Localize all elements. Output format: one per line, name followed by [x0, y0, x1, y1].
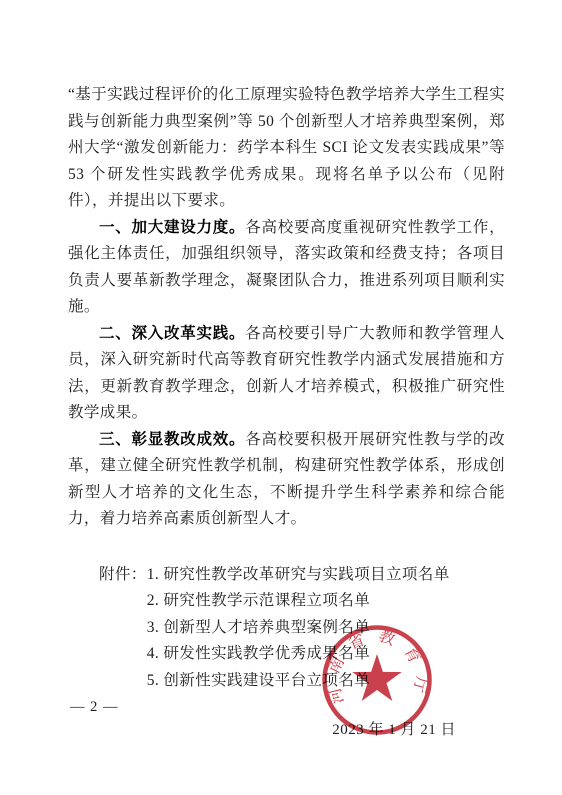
paragraph-lead: 一、加大建设力度。	[99, 219, 245, 236]
page-number: — 2 —	[70, 699, 119, 716]
document-page: “基于实践过程评价的化工原理实验特色教学培养大学生工程实践与创新能力典型案例”等…	[0, 0, 562, 795]
paragraph: 三、彰显教改成效。各高校要积极开展研究性教与学的改革，建立健全研究性教学机制，构…	[68, 427, 505, 533]
attachments-block: 附件： 1. 研究性教学改革研究与实践项目立项名单 2. 研究性教学示范课程立项…	[68, 562, 505, 695]
paragraph-lead: 三、彰显教改成效。	[99, 431, 245, 448]
document-date: 2023 年 1 月 21 日	[68, 718, 505, 739]
attachment-item: 3. 创新型人才培养典型案例名单	[147, 615, 450, 642]
paragraph-text: “基于实践过程评价的化工原理实验特色教学培养大学生工程实践与创新能力典型案例”等…	[68, 86, 505, 209]
attachments-label: 附件：	[99, 562, 147, 695]
attachment-item: 2. 研究性教学示范课程立项名单	[147, 588, 450, 615]
paragraph: 一、加大建设力度。各高校要高度重视研究性教学工作，强化主体责任，加强组织领导，落…	[68, 215, 505, 321]
attachments-list: 1. 研究性教学改革研究与实践项目立项名单 2. 研究性教学示范课程立项名单 3…	[147, 562, 450, 695]
paragraph: 二、深入改革实践。各高校要引导广大教师和教学管理人员，深入研究新时代高等教育研究…	[68, 321, 505, 427]
paragraph-lead: 二、深入改革实践。	[99, 325, 245, 342]
document-body: “基于实践过程评价的化工原理实验特色教学培养大学生工程实践与创新能力典型案例”等…	[68, 82, 505, 739]
paragraph: “基于实践过程评价的化工原理实验特色教学培养大学生工程实践与创新能力典型案例”等…	[68, 82, 505, 215]
attachment-item: 5. 创新性实践建设平台立项名单	[147, 668, 450, 695]
attachment-item: 1. 研究性教学改革研究与实践项目立项名单	[147, 562, 450, 589]
attachment-item: 4. 研发性实践教学优秀成果名单	[147, 641, 450, 668]
